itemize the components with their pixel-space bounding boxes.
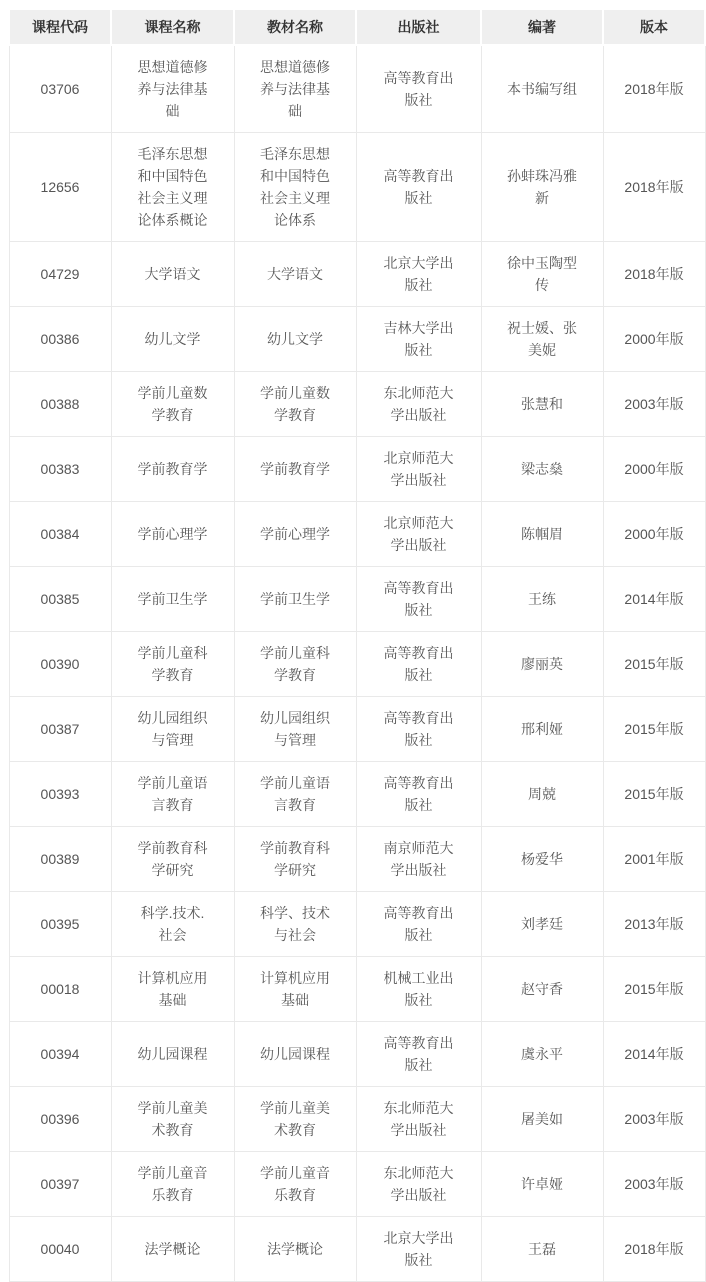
cell-code: 04729 [9,242,111,307]
table-row: 00040法学概论法学概论北京大学出版社王磊2018年版 [9,1217,705,1282]
cell-edition: 2001年版 [603,827,705,892]
cell-edition: 2015年版 [603,957,705,1022]
cell-course: 学前儿童美术教育 [111,1087,234,1152]
cell-publisher: 东北师范大学出版社 [356,372,481,437]
cell-publisher: 东北师范大学出版社 [356,1087,481,1152]
cell-textbook: 学前儿童音乐教育 [234,1152,356,1217]
cell-author: 杨爱华 [481,827,603,892]
cell-code: 00385 [9,567,111,632]
table-row: 00390学前儿童科学教育学前儿童科学教育高等教育出版社廖丽英2015年版 [9,632,705,697]
cell-code: 00383 [9,437,111,502]
column-header-publisher: 出版社 [356,9,481,45]
cell-publisher: 机械工业出版社 [356,957,481,1022]
page: 课程代码课程名称教材名称出版社编著版本 03706思想道德修养与法律基础思想道德… [0,0,706,1253]
table-row: 00388学前儿童数学教育学前儿童数学教育东北师范大学出版社张慧和2003年版 [9,372,705,437]
table-row: 00393学前儿童语言教育学前儿童语言教育高等教育出版社周兢2015年版 [9,762,705,827]
table-row: 03706思想道德修养与法律基础思想道德修养与法律基础高等教育出版社本书编写组2… [9,45,705,133]
cell-author: 屠美如 [481,1087,603,1152]
table-row: 00395科学.技术.社会科学、技术与社会高等教育出版社刘孝廷2013年版 [9,892,705,957]
cell-publisher: 北京师范大学出版社 [356,502,481,567]
cell-textbook: 大学语文 [234,242,356,307]
cell-author: 刘孝廷 [481,892,603,957]
cell-textbook: 学前儿童科学教育 [234,632,356,697]
cell-textbook: 学前儿童语言教育 [234,762,356,827]
cell-edition: 2000年版 [603,307,705,372]
cell-edition: 2003年版 [603,372,705,437]
cell-publisher: 高等教育出版社 [356,762,481,827]
cell-author: 周兢 [481,762,603,827]
cell-publisher: 吉林大学出版社 [356,307,481,372]
cell-code: 00394 [9,1022,111,1087]
cell-author: 许卓娅 [481,1152,603,1217]
cell-edition: 2018年版 [603,45,705,133]
cell-code: 00388 [9,372,111,437]
cell-edition: 2018年版 [603,1217,705,1282]
column-header-code: 课程代码 [9,9,111,45]
cell-textbook: 幼儿园组织与管理 [234,697,356,762]
cell-author: 徐中玉陶型传 [481,242,603,307]
cell-textbook: 毛泽东思想和中国特色社会主义理论体系 [234,133,356,242]
cell-textbook: 幼儿园课程 [234,1022,356,1087]
cell-publisher: 高等教育出版社 [356,697,481,762]
cell-code: 00040 [9,1217,111,1282]
cell-course: 学前儿童科学教育 [111,632,234,697]
cell-publisher: 高等教育出版社 [356,567,481,632]
cell-course: 学前儿童语言教育 [111,762,234,827]
table-row: 04729大学语文大学语文北京大学出版社徐中玉陶型传2018年版 [9,242,705,307]
cell-author: 陈帼眉 [481,502,603,567]
cell-publisher: 北京大学出版社 [356,1217,481,1282]
cell-textbook: 学前心理学 [234,502,356,567]
table-row: 00387幼儿园组织与管理幼儿园组织与管理高等教育出版社邢利娅2015年版 [9,697,705,762]
column-header-author: 编著 [481,9,603,45]
cell-author: 本书编写组 [481,45,603,133]
cell-course: 学前心理学 [111,502,234,567]
cell-code: 00018 [9,957,111,1022]
table-row: 00394幼儿园课程幼儿园课程高等教育出版社虞永平2014年版 [9,1022,705,1087]
textbook-table: 课程代码课程名称教材名称出版社编著版本 03706思想道德修养与法律基础思想道德… [8,8,706,1282]
cell-edition: 2000年版 [603,437,705,502]
table-header: 课程代码课程名称教材名称出版社编著版本 [9,9,705,45]
cell-course: 思想道德修养与法律基础 [111,45,234,133]
table-row: 00018计算机应用基础计算机应用基础机械工业出版社赵守香2015年版 [9,957,705,1022]
cell-author: 王练 [481,567,603,632]
cell-edition: 2015年版 [603,632,705,697]
cell-course: 幼儿园课程 [111,1022,234,1087]
cell-publisher: 高等教育出版社 [356,1022,481,1087]
cell-author: 虞永平 [481,1022,603,1087]
cell-publisher: 高等教育出版社 [356,133,481,242]
cell-publisher: 南京师范大学出版社 [356,827,481,892]
cell-author: 王磊 [481,1217,603,1282]
cell-author: 赵守香 [481,957,603,1022]
header-row: 课程代码课程名称教材名称出版社编著版本 [9,9,705,45]
column-header-textbook: 教材名称 [234,9,356,45]
cell-edition: 2003年版 [603,1152,705,1217]
cell-course: 计算机应用基础 [111,957,234,1022]
cell-edition: 2015年版 [603,697,705,762]
cell-course: 学前儿童音乐教育 [111,1152,234,1217]
cell-course: 学前教育科学研究 [111,827,234,892]
cell-code: 00395 [9,892,111,957]
column-header-edition: 版本 [603,9,705,45]
table-row: 00396学前儿童美术教育学前儿童美术教育东北师范大学出版社屠美如2003年版 [9,1087,705,1152]
cell-edition: 2013年版 [603,892,705,957]
cell-edition: 2000年版 [603,502,705,567]
cell-publisher: 北京师范大学出版社 [356,437,481,502]
cell-course: 法学概论 [111,1217,234,1282]
cell-course: 学前卫生学 [111,567,234,632]
cell-course: 幼儿文学 [111,307,234,372]
cell-textbook: 科学、技术与社会 [234,892,356,957]
table-body: 03706思想道德修养与法律基础思想道德修养与法律基础高等教育出版社本书编写组2… [9,45,705,1282]
cell-code: 00389 [9,827,111,892]
cell-code: 00393 [9,762,111,827]
cell-code: 00387 [9,697,111,762]
cell-code: 12656 [9,133,111,242]
cell-textbook: 思想道德修养与法律基础 [234,45,356,133]
cell-course: 科学.技术.社会 [111,892,234,957]
cell-textbook: 学前儿童数学教育 [234,372,356,437]
cell-edition: 2018年版 [603,242,705,307]
cell-author: 梁志燊 [481,437,603,502]
cell-publisher: 高等教育出版社 [356,892,481,957]
cell-course: 毛泽东思想和中国特色社会主义理论体系概论 [111,133,234,242]
table-row: 00389学前教育科学研究学前教育科学研究南京师范大学出版社杨爱华2001年版 [9,827,705,892]
cell-textbook: 学前儿童美术教育 [234,1087,356,1152]
cell-publisher: 东北师范大学出版社 [356,1152,481,1217]
cell-author: 张慧和 [481,372,603,437]
cell-code: 00390 [9,632,111,697]
cell-edition: 2015年版 [603,762,705,827]
cell-textbook: 计算机应用基础 [234,957,356,1022]
cell-author: 祝士媛、张美妮 [481,307,603,372]
cell-edition: 2014年版 [603,567,705,632]
cell-publisher: 高等教育出版社 [356,632,481,697]
table-row: 00383学前教育学学前教育学北京师范大学出版社梁志燊2000年版 [9,437,705,502]
cell-code: 00397 [9,1152,111,1217]
table-row: 00384学前心理学学前心理学北京师范大学出版社陈帼眉2000年版 [9,502,705,567]
cell-edition: 2018年版 [603,133,705,242]
cell-textbook: 学前卫生学 [234,567,356,632]
cell-textbook: 幼儿文学 [234,307,356,372]
cell-author: 廖丽英 [481,632,603,697]
cell-edition: 2014年版 [603,1022,705,1087]
cell-author: 孙蚌珠冯雅新 [481,133,603,242]
cell-code: 00386 [9,307,111,372]
cell-textbook: 法学概论 [234,1217,356,1282]
table-row: 00397学前儿童音乐教育学前儿童音乐教育东北师范大学出版社许卓娅2003年版 [9,1152,705,1217]
table-row: 00385学前卫生学学前卫生学高等教育出版社王练2014年版 [9,567,705,632]
cell-textbook: 学前教育科学研究 [234,827,356,892]
cell-code: 03706 [9,45,111,133]
cell-course: 学前儿童数学教育 [111,372,234,437]
table-row: 12656毛泽东思想和中国特色社会主义理论体系概论毛泽东思想和中国特色社会主义理… [9,133,705,242]
cell-publisher: 高等教育出版社 [356,45,481,133]
cell-course: 大学语文 [111,242,234,307]
cell-code: 00396 [9,1087,111,1152]
cell-author: 邢利娅 [481,697,603,762]
cell-course: 学前教育学 [111,437,234,502]
table-row: 00386幼儿文学幼儿文学吉林大学出版社祝士媛、张美妮2000年版 [9,307,705,372]
cell-code: 00384 [9,502,111,567]
column-header-course: 课程名称 [111,9,234,45]
cell-course: 幼儿园组织与管理 [111,697,234,762]
cell-textbook: 学前教育学 [234,437,356,502]
cell-publisher: 北京大学出版社 [356,242,481,307]
cell-edition: 2003年版 [603,1087,705,1152]
